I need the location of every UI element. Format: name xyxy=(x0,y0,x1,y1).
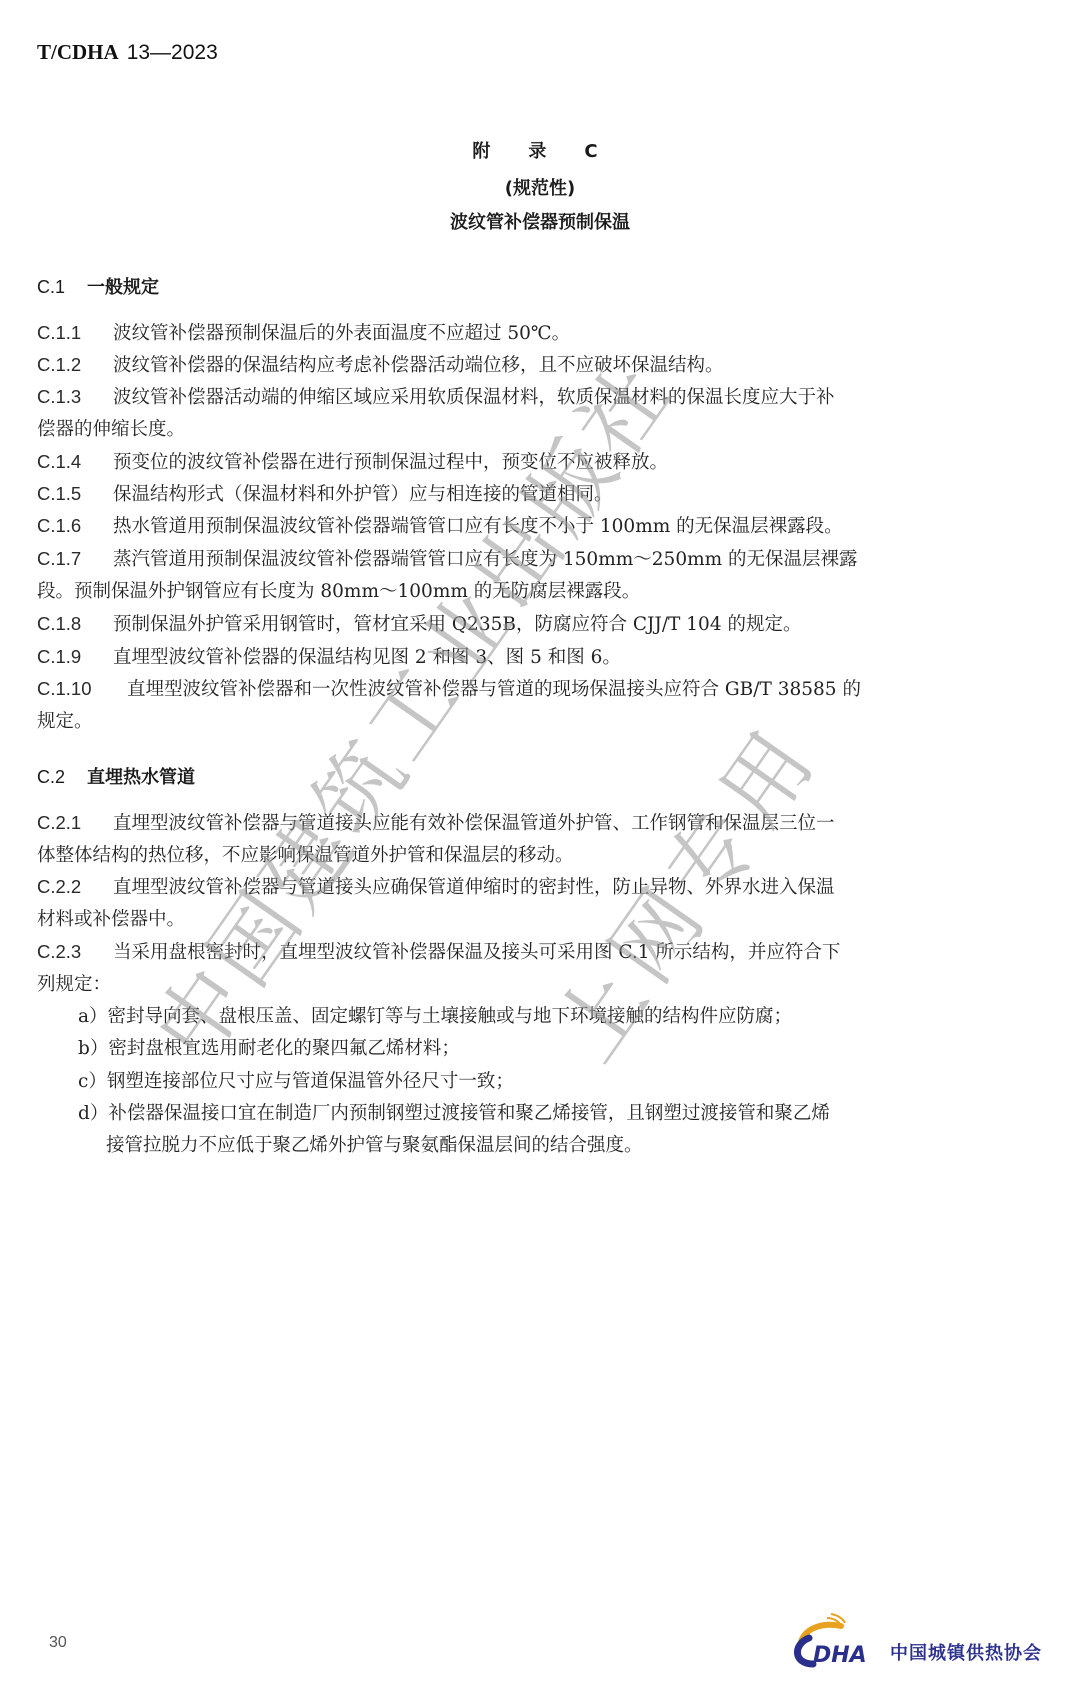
clause-text: 波纹管补偿器预制保温后的外表面温度不应超过 50℃。 xyxy=(113,323,570,344)
clause-number: C.1.7 xyxy=(37,543,113,575)
clause-c-2-3: C.2.3当采用盘根密封时，直埋型波纹管补偿器保温及接头可采用图 C.1 所示结… xyxy=(37,936,1047,1001)
clause-text: 预变位的波纹管补偿器在进行预制保温过程中，预变位不应被释放。 xyxy=(113,452,668,473)
section-heading-c1: C.1一般规定 xyxy=(37,273,159,299)
clause-text: 波纹管补偿器活动端的伸缩区域应采用软质保温材料，软质保温材料的保温长度应大于补 xyxy=(113,387,835,408)
clause-text: 波纹管补偿器的保温结构应考虑补偿器活动端位移，且不应破坏保温结构。 xyxy=(113,355,724,376)
clause-number: C.2.1 xyxy=(37,807,113,839)
clause-c-1-9: C.1.9直埋型波纹管补偿器的保温结构见图 2 和图 3、图 5 和图 6。 xyxy=(37,641,1047,674)
clause-c-1-7: C.1.7蒸汽管道用预制保温波纹管补偿器端管管口应有长度为 150mm～250m… xyxy=(37,543,1047,608)
list-text: 密封盘根宜选用耐老化的聚四氟乙烯材料； xyxy=(108,1038,460,1059)
clause-number: C.2.3 xyxy=(37,936,113,968)
clause-number: C.1.9 xyxy=(37,641,113,673)
clause-number: C.1.1 xyxy=(37,317,113,349)
appendix-nature: (规范性) xyxy=(0,174,1080,200)
clause-c-2-2: C.2.2直埋型波纹管补偿器与管道接头应确保管道伸缩时的密封性，防止异物、外界水… xyxy=(37,871,1047,936)
cdha-logo-icon: DHA xyxy=(783,1612,883,1672)
clause-number: C.1.5 xyxy=(37,478,113,510)
document-page: T/CDHA13—2023 附 录 C (规范性) 波纹管补偿器预制保温 C.1… xyxy=(0,0,1080,1691)
clause-number: C.1.10 xyxy=(37,673,127,705)
list-marker: b） xyxy=(78,1033,108,1065)
clause-text: 直埋型波纹管补偿器的保温结构见图 2 和图 3、图 5 和图 6。 xyxy=(113,647,621,668)
list-continuation: 接管拉脱力不应低于聚乙烯外护管与聚氨酯保温层间的结合强度。 xyxy=(78,1130,978,1162)
clause-text: 当采用盘根密封时，直埋型波纹管补偿器保温及接头可采用图 C.1 所示结构，并应符… xyxy=(113,942,840,963)
clause-continuation: 规定。 xyxy=(37,711,93,732)
section-title: 一般规定 xyxy=(87,277,159,298)
clause-continuation: 列规定： xyxy=(37,974,111,995)
clause-c-2-1: C.2.1直埋型波纹管补偿器与管道接头应能有效补偿保温管道外护管、工作钢管和保温… xyxy=(37,807,1047,872)
list-text: 补偿器保温接口宜在制造厂内预制钢塑过渡接管和聚乙烯接管，且钢塑过渡接管和聚乙烯 xyxy=(108,1103,830,1124)
standard-number: 13—2023 xyxy=(127,41,218,64)
list-item-a: a）密封导向套、盘根压盖、固定螺钉等与土壤接触或与地下环境接触的结构件应防腐； xyxy=(78,1001,978,1033)
clause-text: 蒸汽管道用预制保温波纹管补偿器端管管口应有长度为 150mm～250mm 的无保… xyxy=(113,549,858,570)
list-text: 钢塑连接部位尺寸应与管道保温管外径尺寸一致； xyxy=(107,1071,514,1092)
section-heading-c2: C.2直埋热水管道 xyxy=(37,763,195,789)
clause-c-1-6: C.1.6热水管道用预制保温波纹管补偿器端管管口应有长度不小于 100mm 的无… xyxy=(37,510,1047,543)
clause-c-1-8: C.1.8预制保温外护管采用钢管时，管材宜采用 Q235B，防腐应符合 CJJ/… xyxy=(37,608,1047,641)
clause-number: C.1.4 xyxy=(37,446,113,478)
clause-continuation: 段。预制保温外护钢管应有长度为 80mm～100mm 的无防腐层裸露段。 xyxy=(37,581,640,602)
clause-number: C.1.2 xyxy=(37,349,113,381)
clause-number: C.1.3 xyxy=(37,381,113,413)
clause-text: 热水管道用预制保温波纹管补偿器端管管口应有长度不小于 100mm 的无保温层裸露… xyxy=(113,516,843,537)
standard-org: T/CDHA xyxy=(37,40,119,64)
appendix-title: 附 录 C xyxy=(0,137,1080,163)
list-marker: d） xyxy=(78,1098,108,1130)
page-number: 30 xyxy=(49,1634,67,1652)
clause-c-1-10: C.1.10直埋型波纹管补偿器和一次性波纹管补偿器与管道的现场保温接头应符合 G… xyxy=(37,673,1047,738)
clause-continuation: 体整体结构的热位移，不应影响保温管道外护管和保温层的移动。 xyxy=(37,845,574,866)
clause-c-1-2: C.1.2波纹管补偿器的保温结构应考虑补偿器活动端位移，且不应破坏保温结构。 xyxy=(37,349,1047,382)
svg-text:DHA: DHA xyxy=(813,1643,867,1668)
clause-c-1-4: C.1.4预变位的波纹管补偿器在进行预制保温过程中，预变位不应被释放。 xyxy=(37,446,1047,479)
clause-number: C.1.8 xyxy=(37,608,113,640)
clause-text: 直埋型波纹管补偿器和一次性波纹管补偿器与管道的现场保温接头应符合 GB/T 38… xyxy=(127,679,861,700)
clause-text: 预制保温外护管采用钢管时，管材宜采用 Q235B，防腐应符合 CJJ/T 104… xyxy=(113,614,801,635)
section-title: 直埋热水管道 xyxy=(87,767,195,788)
clause-c-1-3: C.1.3波纹管补偿器活动端的伸缩区域应采用软质保温材料，软质保温材料的保温长度… xyxy=(37,381,1047,446)
clause-continuation: 材料或补偿器中。 xyxy=(37,909,185,930)
list-item-c: c）钢塑连接部位尺寸应与管道保温管外径尺寸一致； xyxy=(78,1066,978,1098)
section-number: C.1 xyxy=(37,277,65,297)
list-marker: c） xyxy=(78,1066,107,1098)
appendix-subject: 波纹管补偿器预制保温 xyxy=(0,208,1080,234)
clause-number: C.1.6 xyxy=(37,510,113,542)
standard-code: T/CDHA13—2023 xyxy=(37,40,218,65)
list-item-d: d）补偿器保温接口宜在制造厂内预制钢塑过渡接管和聚乙烯接管，且钢塑过渡接管和聚乙… xyxy=(78,1098,978,1162)
clause-text: 保温结构形式（保温材料和外护管）应与相连接的管道相同。 xyxy=(113,484,613,505)
organization-name: 中国城镇供热协会 xyxy=(890,1639,1042,1665)
clause-text: 直埋型波纹管补偿器与管道接头应确保管道伸缩时的密封性，防止异物、外界水进入保温 xyxy=(113,877,835,898)
list-item-b: b）密封盘根宜选用耐老化的聚四氟乙烯材料； xyxy=(78,1033,978,1065)
clause-c-1-1: C.1.1波纹管补偿器预制保温后的外表面温度不应超过 50℃。 xyxy=(37,317,1047,350)
clause-text: 直埋型波纹管补偿器与管道接头应能有效补偿保温管道外护管、工作钢管和保温层三位一 xyxy=(113,813,835,834)
list-marker: a） xyxy=(78,1001,108,1033)
cdha-logo: DHA 中国城镇供热协会 xyxy=(783,1612,1063,1672)
clause-number: C.2.2 xyxy=(37,871,113,903)
clause-c-1-5: C.1.5保温结构形式（保温材料和外护管）应与相连接的管道相同。 xyxy=(37,478,1047,511)
section-number: C.2 xyxy=(37,767,65,787)
clause-continuation: 偿器的伸缩长度。 xyxy=(37,419,185,440)
list-text: 密封导向套、盘根压盖、固定螺钉等与土壤接触或与地下环境接触的结构件应防腐； xyxy=(108,1006,793,1027)
